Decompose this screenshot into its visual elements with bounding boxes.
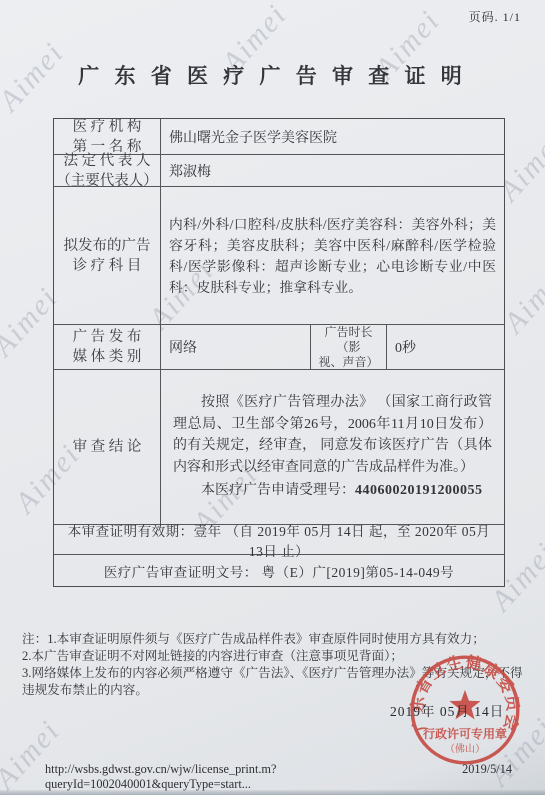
- seal-date: 2019年 05月 14日: [390, 700, 530, 720]
- institution-name-label: 医 疗 机 构 第 一 名 称: [54, 119, 161, 154]
- acceptance-number-line: 本医疗广告申请受理号：44060020191200055: [173, 480, 492, 502]
- legal-representative-value: 郑淑梅: [161, 155, 504, 186]
- review-conclusion-value: 按照《医疗广告管理办法》 （国家工商行政管理总局、卫生部令第26号，2006年1…: [161, 370, 504, 524]
- media-type-value: 网络: [161, 325, 311, 369]
- ad-duration-label: 广告时长（影 视、声音）: [311, 325, 387, 369]
- table-row-institution: 医 疗 机 构 第 一 名 称 佛山曙光金子医学美容医院: [54, 119, 504, 154]
- ad-duration-value: 0秒: [387, 325, 504, 369]
- table-row-media: 广 告 发 布 媒 体 类 别 网络 广告时长（影 视、声音） 0秒: [54, 324, 504, 369]
- acceptance-number-label: 本医疗广告申请受理号：: [201, 483, 355, 498]
- legal-representative-label: 法 定 代 表 人 （主要代表人）: [54, 155, 161, 186]
- seal-city-text: （佛山）: [445, 742, 485, 755]
- scanned-certificate-page: Aimei Aimei Aimei Aimei Aimei Aimei Aime…: [0, 0, 545, 795]
- ad-subjects-value: 内科/外科/口腔科/皮肤科/医疗美容科：美容外科；美容牙科；美容皮肤科；美容中医…: [161, 187, 504, 324]
- certificate-table: 医 疗 机 构 第 一 名 称 佛山曙光金子医学美容医院 法 定 代 表 人 （…: [53, 118, 505, 587]
- ad-subjects-text: 内科/外科/口腔科/皮肤科/医疗美容科：美容外科；美容牙科；美容皮肤科；美容中医…: [169, 214, 496, 298]
- validity-period: 本审查证明有效期：壹年 （自 2019年 05月 14日 起，至 2020年 0…: [54, 525, 504, 554]
- acceptance-number: 44060020191200055: [355, 483, 483, 498]
- seal-function-text: 行政许可专用章: [423, 726, 507, 741]
- certificate-doc-number: 医疗广告审查证明文号： 粤（E）广[2019]第05-14-049号: [54, 555, 504, 586]
- table-row-validity: 本审查证明有效期：壹年 （自 2019年 05月 14日 起，至 2020年 0…: [54, 524, 504, 554]
- footer-url: http://wsbs.gdwst.gov.cn/wjw/license_pri…: [45, 762, 462, 792]
- page-title: 广 东 省 医 疗 广 告 审 查 证 明: [0, 60, 545, 90]
- table-row-subjects: 拟发布的广告 诊 疗 科 目 内科/外科/口腔科/皮肤科/医疗美容科：美容外科；…: [54, 186, 504, 324]
- table-row-conclusion: 审 查 结 论 按照《医疗广告管理办法》 （国家工商行政管理总局、卫生部令第26…: [54, 369, 504, 524]
- table-row-docno: 医疗广告审查证明文号： 粤（E）广[2019]第05-14-049号: [54, 554, 504, 586]
- review-conclusion-label: 审 查 结 论: [54, 370, 161, 524]
- ad-subjects-label: 拟发布的广告 诊 疗 科 目: [54, 187, 161, 324]
- footer-date: 2019/5/14: [462, 762, 512, 792]
- institution-name-value: 佛山曙光金子医学美容医院: [161, 119, 504, 154]
- media-type-label: 广 告 发 布 媒 体 类 别: [54, 325, 161, 369]
- page-number-label: 页码. 1/1: [469, 8, 521, 25]
- table-row-representative: 法 定 代 表 人 （主要代表人） 郑淑梅: [54, 154, 504, 186]
- print-footer: http://wsbs.gdwst.gov.cn/wjw/license_pri…: [45, 762, 512, 792]
- conclusion-paragraph: 按照《医疗广告管理办法》 （国家工商行政管理总局、卫生部令第26号，2006年1…: [173, 392, 492, 478]
